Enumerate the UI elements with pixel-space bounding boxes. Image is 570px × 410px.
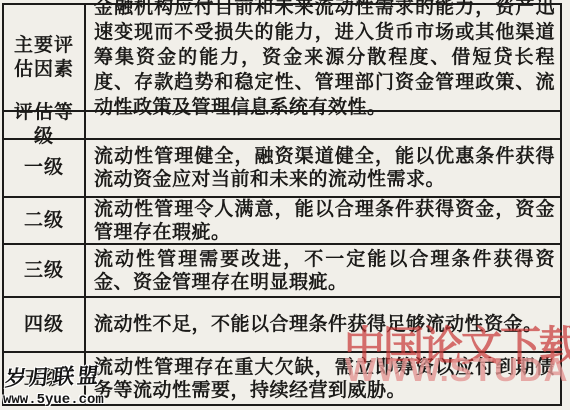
table-row-grade-4: 四级 流动性不足，不能以合理条件获得足够流动性资金。 — [4, 296, 560, 351]
cell-text-content: 流动性管理令人满意，能以合理条件获得资金，资金管理存在瑕疵。 — [94, 198, 555, 244]
table-row-rating-grades: 评估等级 — [4, 110, 560, 138]
liquidity-rating-table: 主要评估因素 金融机构应付目前和未来流动性需求的能力，资产迅速变现而不受损失的能… — [2, 3, 562, 406]
cell-text-content: 流动性不足，不能以合理条件获得足够流动性资金。 — [94, 313, 555, 336]
table-row-grade-1: 一级 流动性管理健全，融资渠道健全，能以优惠条件获得流动资金应对当前和未来的流动… — [4, 138, 560, 196]
cell-grade-4-text: 流动性不足，不能以合理条件获得足够流动性资金。 — [86, 298, 560, 351]
table-row-main-factors: 主要评估因素 金融机构应付目前和未来流动性需求的能力，资产迅速变现而不受损失的能… — [4, 5, 560, 110]
row-header-grade-4: 四级 — [4, 298, 86, 351]
cell-text-content: 流动性管理健全，融资渠道健全，能以优惠条件获得流动资金应对当前和未来的流动性需求… — [94, 145, 555, 191]
table-row-grade-3: 三级 流动性管理需要改进，不一定能以合理条件获得资金、资金管理存在明显瑕疵。 — [4, 243, 560, 296]
row-header-rating-grades: 评估等级 — [4, 112, 86, 138]
cell-text-content: 流动性管理需要改进，不一定能以合理条件获得资金、资金管理存在明显瑕疵。 — [94, 248, 555, 294]
cell-grade-3-text: 流动性管理需要改进，不一定能以合理条件获得资金、资金管理存在明显瑕疵。 — [86, 245, 560, 296]
table-row-grade-5: 五级 流动性管理存在重大欠缺，需立即筹资以应付到期债务等流动性需要，持续经营到威… — [4, 351, 560, 404]
table-row-grade-2: 二级 流动性管理令人满意，能以合理条件获得资金，资金管理存在瑕疵。 — [4, 196, 560, 243]
cell-text-content: 流动性管理存在重大欠缺，需立即筹资以应付到期债务等流动性需要，持续经营到威胁。 — [94, 356, 555, 402]
cell-text-content: 金融机构应付目前和未来流动性需求的能力，资产迅速变现而不受损失的能力，进入货币市… — [94, 0, 555, 120]
row-header-main-factors: 主要评估因素 — [4, 5, 86, 110]
cell-main-factors-text: 金融机构应付目前和未来流动性需求的能力，资产迅速变现而不受损失的能力，进入货币市… — [86, 5, 560, 110]
row-header-grade-2: 二级 — [4, 198, 86, 243]
row-header-grade-1: 一级 — [4, 140, 86, 196]
row-header-grade-5: 五级 — [4, 353, 86, 404]
scanned-document-page: 主要评估因素 金融机构应付目前和未来流动性需求的能力，资产迅速变现而不受损失的能… — [0, 0, 570, 410]
cell-grade-5-text: 流动性管理存在重大欠缺，需立即筹资以应付到期债务等流动性需要，持续经营到威胁。 — [86, 353, 560, 404]
cell-grade-1-text: 流动性管理健全，融资渠道健全，能以优惠条件获得流动资金应对当前和未来的流动性需求… — [86, 140, 560, 196]
cell-grade-2-text: 流动性管理令人满意，能以合理条件获得资金，资金管理存在瑕疵。 — [86, 198, 560, 243]
cell-rating-grades-text — [86, 112, 560, 138]
row-header-grade-3: 三级 — [4, 245, 86, 296]
